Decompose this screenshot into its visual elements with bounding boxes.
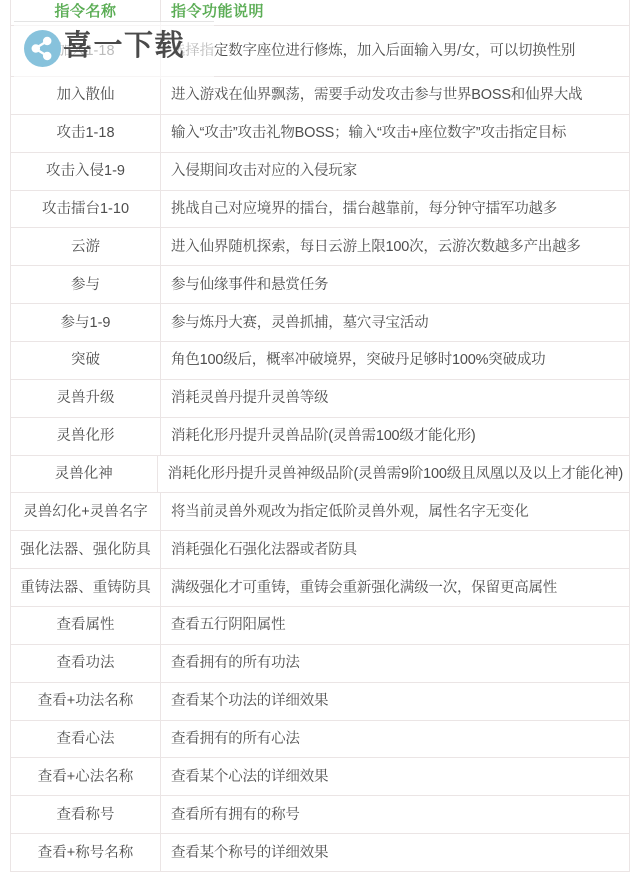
command-name-cell: 查看心法 (11, 721, 161, 758)
table-row: 重铸法器、重铸防具满级强化才可重铸，重铸会重新强化满级一次，保留更高属性 (11, 569, 629, 607)
command-desc-cell: 查看拥有的所有功法 (161, 645, 629, 682)
command-name-cell: 灵兽升级 (11, 380, 161, 417)
table-row: 加入散仙进入游戏在仙界飘荡，需要手动发攻击参与世界BOSS和仙界大战 (11, 77, 629, 115)
command-desc-cell: 查看某个称号的详细效果 (161, 834, 629, 871)
table-row: 参与1-9参与炼丹大赛，灵兽抓捕，墓穴寻宝活动 (11, 304, 629, 342)
command-desc-cell: 将当前灵兽外观改为指定低阶灵兽外观，属性名字无变化 (161, 493, 629, 530)
command-name-cell: 加入散仙 (11, 77, 161, 114)
table-row: 强化法器、强化防具消耗强化石强化法器或者防具 (11, 531, 629, 569)
command-name-cell: 灵兽化神 (11, 456, 158, 493)
table-row: 查看+心法名称查看某个心法的详细效果 (11, 758, 629, 796)
page: { "watermark": { "title": "喜一下载", "icon"… (0, 0, 637, 872)
watermark-title: 喜一下载 (63, 23, 185, 64)
table-row: 查看属性查看五行阴阳属性 (11, 607, 629, 645)
command-desc-cell: 参与仙缘事件和悬赏任务 (161, 266, 629, 303)
command-name-cell: 查看+功法名称 (11, 683, 161, 720)
command-table: 指令名称 指令功能说明 加入1-18选择指定数字座位进行修炼，加入后面输入男/女… (10, 0, 630, 872)
command-desc-cell: 满级强化才可重铸，重铸会重新强化满级一次，保留更高属性 (161, 569, 629, 606)
command-desc-cell: 消耗强化石强化法器或者防具 (161, 531, 629, 568)
command-name-cell: 参与 (11, 266, 161, 303)
table-row: 查看+功法名称查看某个功法的详细效果 (11, 683, 629, 721)
command-desc-cell: 输入“攻击”攻击礼物BOSS；输入“攻击+座位数字”攻击指定目标 (161, 115, 629, 152)
table-row: 灵兽幻化+灵兽名字将当前灵兽外观改为指定低阶灵兽外观，属性名字无变化 (11, 493, 629, 531)
command-name-cell: 攻击入侵1-9 (11, 153, 161, 190)
table-row: 突破角色100级后，概率冲破境界，突破丹足够时100%突破成功 (11, 342, 629, 380)
table-row: 灵兽升级消耗灵兽丹提升灵兽等级 (11, 380, 629, 418)
table-row: 参与参与仙缘事件和悬赏任务 (11, 266, 629, 304)
command-name-cell: 强化法器、强化防具 (11, 531, 161, 568)
command-desc-cell: 消耗化形丹提升灵兽神级品阶(灵兽需9阶100级且凤凰以及以上才能化神) (158, 456, 629, 493)
command-desc-cell: 查看所有拥有的称号 (161, 796, 629, 833)
table-rows: 加入1-18选择指定数字座位进行修炼，加入后面输入男/女，可以切换性别加入散仙进… (11, 26, 629, 872)
table-row: 云游进入仙界随机探索，每日云游上限100次，云游次数越多产出越多 (11, 228, 629, 266)
command-name-cell: 攻击1-18 (11, 115, 161, 152)
command-name-cell: 重铸法器、重铸防具 (11, 569, 161, 606)
table-row: 查看心法查看拥有的所有心法 (11, 721, 629, 759)
table-row: 灵兽化神消耗化形丹提升灵兽神级品阶(灵兽需9阶100级且凤凰以及以上才能化神) (11, 456, 629, 494)
command-name-cell: 攻击擂台1-10 (11, 191, 161, 228)
command-desc-cell: 入侵期间攻击对应的入侵玩家 (161, 153, 629, 190)
command-desc-cell: 进入仙界随机探索，每日云游上限100次，云游次数越多产出越多 (161, 228, 629, 265)
command-desc-cell: 查看拥有的所有心法 (161, 721, 629, 758)
command-desc-cell: 查看五行阴阳属性 (161, 607, 629, 644)
command-name-cell: 灵兽幻化+灵兽名字 (11, 493, 161, 530)
table-row: 攻击1-18输入“攻击”攻击礼物BOSS；输入“攻击+座位数字”攻击指定目标 (11, 115, 629, 153)
share-icon (24, 30, 61, 67)
command-name-cell: 查看称号 (11, 796, 161, 833)
command-desc-cell: 查看某个心法的详细效果 (161, 758, 629, 795)
command-desc-cell: 消耗化形丹提升灵兽品阶(灵兽需100级才能化形) (161, 418, 629, 455)
command-desc-cell: 进入游戏在仙界飘荡，需要手动发攻击参与世界BOSS和仙界大战 (161, 77, 629, 114)
table-row: 查看功法查看拥有的所有功法 (11, 645, 629, 683)
command-desc-cell: 查看某个功法的详细效果 (161, 683, 629, 720)
table-row: 查看称号查看所有拥有的称号 (11, 796, 629, 834)
table-row: 查看+称号名称查看某个称号的详细效果 (11, 834, 629, 872)
command-name-cell: 突破 (11, 342, 161, 379)
command-name-cell: 参与1-9 (11, 304, 161, 341)
table-row: 攻击擂台1-10挑战自己对应境界的擂台，擂台越靠前，每分钟守擂军功越多 (11, 191, 629, 229)
command-desc-cell: 角色100级后，概率冲破境界，突破丹足够时100%突破成功 (161, 342, 629, 379)
header-command-desc: 指令功能说明 (161, 0, 629, 25)
command-name-cell: 查看功法 (11, 645, 161, 682)
command-desc-cell: 挑战自己对应境界的擂台，擂台越靠前，每分钟守擂军功越多 (161, 191, 629, 228)
command-desc-cell: 消耗灵兽丹提升灵兽等级 (161, 380, 629, 417)
command-desc-cell: 选择指定数字座位进行修炼，加入后面输入男/女，可以切换性别 (161, 26, 629, 76)
command-name-cell: 云游 (11, 228, 161, 265)
table-row: 攻击入侵1-9入侵期间攻击对应的入侵玩家 (11, 153, 629, 191)
command-name-cell: 灵兽化形 (11, 418, 161, 455)
command-desc-cell: 参与炼丹大赛，灵兽抓捕，墓穴寻宝活动 (161, 304, 629, 341)
command-name-cell: 查看+心法名称 (11, 758, 161, 795)
table-row: 灵兽化形消耗化形丹提升灵兽品阶(灵兽需100级才能化形) (11, 418, 629, 456)
command-name-cell: 查看+称号名称 (11, 834, 161, 871)
command-name-cell: 查看属性 (11, 607, 161, 644)
